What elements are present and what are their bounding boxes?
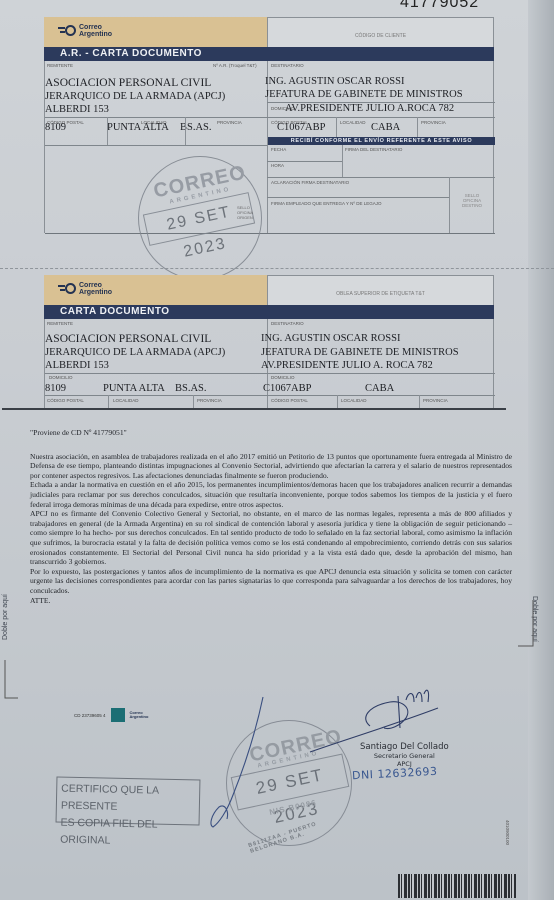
form-title-bar: CARTA DOCUMENTO <box>44 305 494 319</box>
ar-number-label: Nº A.R. (Troquel T&T) <box>213 63 257 68</box>
date-label: FECHA <box>271 147 286 152</box>
recipient-address-label: DOMICILIO <box>271 375 295 380</box>
recipient-locality: CABA <box>371 122 400 133</box>
brand-band: CorreoArgentino <box>44 17 267 47</box>
recipient-signature-label: FIRMA DEL DESTINATARIO <box>345 147 402 152</box>
divider <box>45 117 495 118</box>
correo-logo: CorreoArgentino <box>58 282 112 296</box>
recipient-postal-code: C1067ABP <box>263 383 311 394</box>
letter-paragraph: Nuestra asociación, en asamblea de traba… <box>30 452 512 481</box>
recipient-address: AV.PRESIDENTE JULIO A.ROCA 782 <box>285 103 454 114</box>
receipt-banner: RECIBÍ CONFORME EL ENVÍO REFERENTE A EST… <box>268 137 495 145</box>
recipient-label: DESTINATARIO <box>271 63 304 68</box>
divider <box>185 117 186 145</box>
sender-postal-code: 8109 <box>45 383 66 394</box>
signer-role: Secretario General <box>360 752 449 760</box>
postal-stamp-origin: CORREO ARGENTINO 29 SET 2023 SELLO OFICI… <box>138 156 262 280</box>
form-bottom-border <box>45 233 495 234</box>
origin-seal-label: SELLO OFICINA ORIGEN <box>237 205 257 220</box>
sender-name-line2: JERARQUICO DE LA ARMADA (APCJ) <box>45 91 225 102</box>
recipient-name-line1: ING. AGUSTIN OSCAR ROSSI <box>261 333 400 344</box>
divider <box>45 373 495 374</box>
divider <box>108 395 109 409</box>
recipient-label: DESTINATARIO <box>271 321 304 326</box>
divider <box>449 177 450 233</box>
brand-line1: Correo <box>79 24 112 31</box>
brand-line2: Argentino <box>79 289 112 296</box>
signer-name: Santiago Del Collado <box>360 742 449 752</box>
barcode <box>398 874 516 898</box>
cert-line2: ES COPIA FIEL DEL ORIGINAL <box>60 815 195 852</box>
recipient-locality-label: LOCALIDAD <box>340 120 366 125</box>
sender-name-line2: JERARQUICO DE LA ARMADA (APCJ) <box>45 347 225 358</box>
sender-label: REMITENTE <box>47 63 73 68</box>
divider <box>336 117 337 137</box>
clarification-label: ACLARACIÓN FIRMA DESTINATARIO <box>271 180 349 185</box>
recipient-locality-label: LOCALIDAD <box>341 398 367 403</box>
divider <box>419 395 420 409</box>
sender-locality: PUNTA ALTA <box>103 383 165 394</box>
divider <box>107 117 108 145</box>
divider <box>193 395 194 409</box>
document-page: 41779052 CorreoArgentino CÓDIGO DE CLIEN… <box>0 0 554 900</box>
sender-address-label: DOMICILIO <box>49 375 73 380</box>
correo-logo: CorreoArgentino <box>58 24 112 38</box>
correo-logo-icon <box>58 283 76 295</box>
letter-paragraph: Echada a andar la normativa en cuestión … <box>30 480 512 509</box>
letter-closing: ATTE. <box>30 596 512 606</box>
mini-correo-logo: CorreoArgentino <box>130 711 149 719</box>
cd-code: CD 23739605 4 <box>74 713 106 718</box>
divider <box>337 395 338 409</box>
divider <box>45 145 267 146</box>
sender-name-line1: ASOCIACION PERSONAL CIVIL <box>45 77 211 89</box>
sender-locality: PUNTA ALTA <box>107 122 169 133</box>
recipient-locality: CABA <box>365 383 394 394</box>
receipt-form-body: REMITENTE Nº A.R. (Troquel T&T) DESTINAT… <box>44 61 494 233</box>
divider <box>267 161 342 162</box>
recipient-province-label: PROVINCIA <box>421 120 446 125</box>
fold-label-left: Doble por aquí <box>2 594 9 640</box>
recipient-postal-code: C1067ABP <box>277 122 325 133</box>
perforation-line <box>0 268 554 269</box>
sender-address: ALBERDI 153 <box>45 104 109 115</box>
sender-label: REMITENTE <box>47 321 73 326</box>
recipient-name-line1: ING. AGUSTIN OSCAR ROSSI <box>265 76 404 87</box>
tracking-number: 41779052 <box>400 0 479 12</box>
cd-code-label: CD 23739605 4 CorreoArgentino <box>74 708 148 722</box>
employee-signature-label: FIRMA EMPLEADO QUE ENTREGA Y Nº DE LEGAJ… <box>271 201 382 206</box>
page-edge-shadow <box>528 0 554 900</box>
sender-province-label: PROVINCIA <box>197 398 222 403</box>
form-title-bar: A.R. - CARTA DOCUMENTO <box>44 47 494 61</box>
correo-logo-icon <box>58 25 76 37</box>
time-label: HORA <box>271 163 284 168</box>
sender-postal-code: 8109 <box>45 122 66 133</box>
recipient-province-label: PROVINCIA <box>423 398 448 403</box>
recipient-name-line2: JEFATURA DE GABINETE DE MINISTROS <box>265 89 463 100</box>
side-serial-number: 4010900100 <box>505 820 510 845</box>
brand-band: CorreoArgentino <box>44 275 267 305</box>
letter-body: "Proviene de CD Nº 41779051" Nuestra aso… <box>30 428 512 605</box>
sender-locality-label: LOCALIDAD <box>113 398 139 403</box>
handwritten-signature-1-icon <box>205 695 285 835</box>
brand-line2: Argentino <box>79 31 112 38</box>
divider <box>417 117 418 137</box>
brand-line1: Correo <box>79 282 112 289</box>
divider <box>45 395 495 396</box>
destination-seal-label: SELLO OFICINA DESTINO <box>457 193 487 208</box>
letter-paragraph: APCJ no es firmante del Convenio Colecti… <box>30 509 512 567</box>
letter-paragraph: Por lo expuesto, las postergaciones y ta… <box>30 567 512 596</box>
letter-reference: "Proviene de CD Nº 41779051" <box>30 428 512 438</box>
recipient-address: AV.PRESIDENTE JULIO A. ROCA 782 <box>261 360 433 371</box>
recipient-postal-label: CÓDIGO POSTAL <box>271 398 308 403</box>
receipt-form: CorreoArgentino CÓDIGO DE CLIENTE A.R. -… <box>44 17 494 233</box>
divider <box>342 145 343 177</box>
form-separator <box>2 408 506 410</box>
recipient-name-line2: JEFATURA DE GABINETE DE MINISTROS <box>261 347 459 358</box>
sender-address: ALBERDI 153 <box>45 360 109 371</box>
document-form-body: REMITENTE DESTINATARIO ASOCIACION PERSON… <box>44 319 494 409</box>
form-title: A.R. - CARTA DOCUMENTO <box>60 48 202 59</box>
sender-province-label: PROVINCIA <box>217 120 242 125</box>
fold-mark-left-icon <box>4 660 18 700</box>
sender-province: BS.AS. <box>175 383 207 394</box>
cert-line1: CERTIFICO QUE LA PRESENTE <box>61 781 196 818</box>
divider <box>267 197 449 198</box>
form-title: CARTA DOCUMENTO <box>60 306 170 317</box>
qr-square-icon <box>111 708 125 722</box>
certification-stamp: CERTIFICO QUE LA PRESENTE ES COPIA FIEL … <box>56 776 201 825</box>
document-form: CorreoArgentino OBLEA SUPERIOR DE ETIQUE… <box>44 275 494 409</box>
divider <box>267 177 495 178</box>
sender-postal-label: CÓDIGO POSTAL <box>47 398 84 403</box>
fold-mark-right-icon <box>518 600 534 648</box>
sender-name-line1: ASOCIACION PERSONAL CIVIL <box>45 333 211 345</box>
